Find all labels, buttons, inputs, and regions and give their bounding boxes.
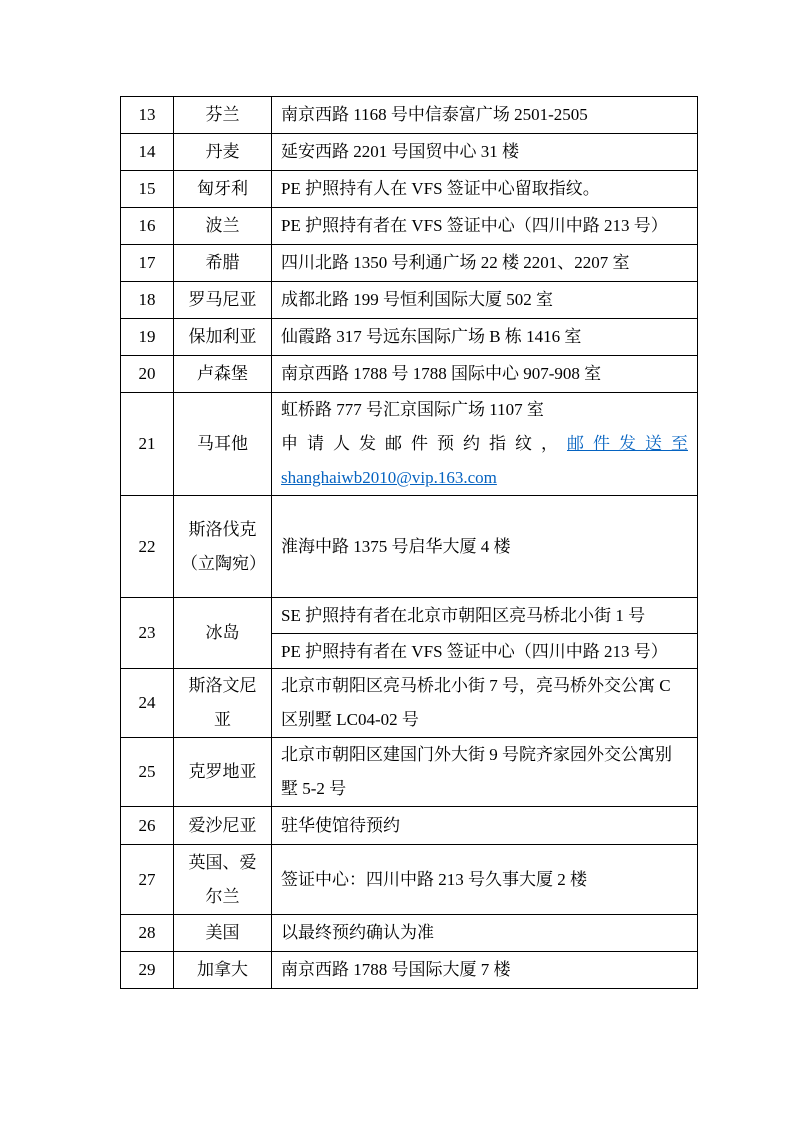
- row-number-cell: 29: [121, 952, 174, 989]
- address-cell: 四川北路 1350 号利通广场 22 楼 2201、2207 室: [272, 245, 698, 282]
- row-number-cell: 18: [121, 282, 174, 319]
- table-row: 15 匈牙利 PE 护照持有人在 VFS 签证中心留取指纹。: [121, 171, 698, 208]
- row-number-cell: 16: [121, 208, 174, 245]
- address-cell: 延安西路 2201 号国贸中心 31 楼: [272, 134, 698, 171]
- row-number-cell: 17: [121, 245, 174, 282]
- malta-email-line: shanghaiwb2010@vip.163.com: [281, 461, 688, 495]
- country-cell: 希腊: [174, 245, 272, 282]
- country-cell: 保加利亚: [174, 319, 272, 356]
- address-cell-split: SE 护照持有者在北京市朝阳区亮马桥北小街 1 号 PE 护照持有者在 VFS …: [272, 598, 698, 669]
- row-number-cell: 25: [121, 738, 174, 807]
- country-cell: 美国: [174, 915, 272, 952]
- row-number-cell: 13: [121, 97, 174, 134]
- country-cell: 卢森堡: [174, 356, 272, 393]
- country-cell: 英国、爱尔兰: [174, 845, 272, 915]
- address-cell: 南京西路 1168 号中信泰富广场 2501-2505: [272, 97, 698, 134]
- country-cell: 加拿大: [174, 952, 272, 989]
- table-row-malta: 21 马耳他 虹桥路 777 号汇京国际广场 1107 室 申请人发邮件预约指纹…: [121, 393, 698, 496]
- address-cell: 成都北路 199 号恒利国际大厦 502 室: [272, 282, 698, 319]
- address-cell: 北京市朝阳区亮马桥北小街 7 号，亮马桥外交公寓 C 区别墅 LC04-02 号: [272, 669, 698, 738]
- country-cell: 罗马尼亚: [174, 282, 272, 319]
- table-row: 25 克罗地亚 北京市朝阳区建国门外大街 9 号院齐家园外交公寓别墅 5-2 号: [121, 738, 698, 807]
- address-cell: PE 护照持有者在 VFS 签证中心（四川中路 213 号）: [272, 208, 698, 245]
- table-row-iceland: 23 冰岛 SE 护照持有者在北京市朝阳区亮马桥北小街 1 号 PE 护照持有者…: [121, 598, 698, 669]
- address-cell: 虹桥路 777 号汇京国际广场 1107 室 申请人发邮件预约指纹，邮件发送至 …: [272, 393, 698, 496]
- country-cell: 芬兰: [174, 97, 272, 134]
- row-number-cell: 24: [121, 669, 174, 738]
- address-cell: 以最终预约确认为准: [272, 915, 698, 952]
- table-row: 18 罗马尼亚 成都北路 199 号恒利国际大厦 502 室: [121, 282, 698, 319]
- row-number-cell: 21: [121, 393, 174, 496]
- table-row: 24 斯洛文尼亚 北京市朝阳区亮马桥北小街 7 号，亮马桥外交公寓 C 区别墅 …: [121, 669, 698, 738]
- country-cell: 马耳他: [174, 393, 272, 496]
- table-row: 29 加拿大 南京西路 1788 号国际大厦 7 楼: [121, 952, 698, 989]
- table-row: 26 爱沙尼亚 驻华使馆待预约: [121, 807, 698, 845]
- iceland-pe-passport-line: PE 护照持有者在 VFS 签证中心（四川中路 213 号）: [272, 633, 697, 668]
- malta-send-mail-link[interactable]: 邮件发送至: [567, 434, 688, 453]
- country-cell: 波兰: [174, 208, 272, 245]
- visa-centers-table: 13 芬兰 南京西路 1168 号中信泰富广场 2501-2505 14 丹麦 …: [120, 96, 698, 989]
- malta-appointment-text: 申请人发邮件预约指纹，: [281, 434, 567, 453]
- table-row: 20 卢森堡 南京西路 1788 号 1788 国际中心 907-908 室: [121, 356, 698, 393]
- row-number-cell: 20: [121, 356, 174, 393]
- country-cell: 丹麦: [174, 134, 272, 171]
- address-cell: 北京市朝阳区建国门外大街 9 号院齐家园外交公寓别墅 5-2 号: [272, 738, 698, 807]
- malta-address-line: 虹桥路 777 号汇京国际广场 1107 室: [281, 393, 688, 427]
- malta-appointment-line: 申请人发邮件预约指纹，邮件发送至: [281, 427, 688, 461]
- row-number-cell: 14: [121, 134, 174, 171]
- row-number-cell: 19: [121, 319, 174, 356]
- table-row: 13 芬兰 南京西路 1168 号中信泰富广场 2501-2505: [121, 97, 698, 134]
- country-cell: 克罗地亚: [174, 738, 272, 807]
- country-cell: 冰岛: [174, 598, 272, 669]
- document-page: 13 芬兰 南京西路 1168 号中信泰富广场 2501-2505 14 丹麦 …: [0, 0, 794, 1123]
- country-cell: 斯洛伐克（立陶宛）: [174, 496, 272, 598]
- row-number-cell: 23: [121, 598, 174, 669]
- table-row: 19 保加利亚 仙霞路 317 号远东国际广场 B 栋 1416 室: [121, 319, 698, 356]
- row-number-cell: 28: [121, 915, 174, 952]
- country-cell: 爱沙尼亚: [174, 807, 272, 845]
- row-number-cell: 26: [121, 807, 174, 845]
- address-cell: 南京西路 1788 号国际大厦 7 楼: [272, 952, 698, 989]
- address-cell: 签证中心：四川中路 213 号久事大厦 2 楼: [272, 845, 698, 915]
- table-row: 14 丹麦 延安西路 2201 号国贸中心 31 楼: [121, 134, 698, 171]
- row-number-cell: 22: [121, 496, 174, 598]
- address-cell: 南京西路 1788 号 1788 国际中心 907-908 室: [272, 356, 698, 393]
- country-cell: 斯洛文尼亚: [174, 669, 272, 738]
- table-row: 16 波兰 PE 护照持有者在 VFS 签证中心（四川中路 213 号）: [121, 208, 698, 245]
- country-cell: 匈牙利: [174, 171, 272, 208]
- table-row: 28 美国 以最终预约确认为准: [121, 915, 698, 952]
- row-number-cell: 15: [121, 171, 174, 208]
- table-row: 17 希腊 四川北路 1350 号利通广场 22 楼 2201、2207 室: [121, 245, 698, 282]
- iceland-se-passport-line: SE 护照持有者在北京市朝阳区亮马桥北小街 1 号: [272, 598, 697, 633]
- address-cell: 驻华使馆待预约: [272, 807, 698, 845]
- table-row: 27 英国、爱尔兰 签证中心：四川中路 213 号久事大厦 2 楼: [121, 845, 698, 915]
- row-number-cell: 27: [121, 845, 174, 915]
- address-cell: 淮海中路 1375 号启华大厦 4 楼: [272, 496, 698, 598]
- table-row: 22 斯洛伐克（立陶宛） 淮海中路 1375 号启华大厦 4 楼: [121, 496, 698, 598]
- address-cell: 仙霞路 317 号远东国际广场 B 栋 1416 室: [272, 319, 698, 356]
- malta-email-address-link[interactable]: shanghaiwb2010@vip.163.com: [281, 468, 497, 487]
- address-cell: PE 护照持有人在 VFS 签证中心留取指纹。: [272, 171, 698, 208]
